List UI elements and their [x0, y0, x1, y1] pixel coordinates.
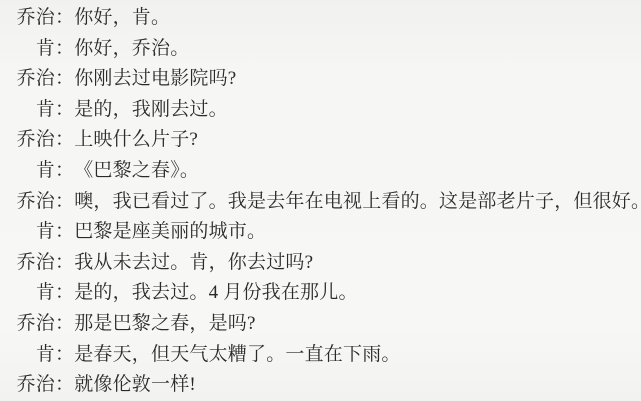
speaker-colon: ： [55, 309, 74, 340]
utterance-text: 噢，我已看过了。我是去年在电视上看的。这是部老片子，但很好。 [74, 187, 641, 218]
dialogue-line: 乔治：你刚去过电影院吗? [15, 64, 635, 95]
speaker-colon: ： [55, 3, 74, 34]
dialogue-line: 肯：是的，我去过。4 月份我在那儿。 [15, 278, 635, 309]
utterance-text: 我从未去过。肯，你去过吗? [74, 248, 313, 279]
speaker-colon: ： [55, 187, 74, 218]
speaker-name: 乔治 [15, 125, 55, 156]
dialogue-line: 乔治：那是巴黎之春，是吗? [15, 309, 635, 340]
dialogue-line: 乔治：我从未去过。肯，你去过吗? [15, 248, 635, 279]
speaker-name: 肯 [15, 217, 55, 248]
speaker-colon: ： [55, 156, 74, 187]
dialogue-line: 乔治：你好，肯。 [15, 3, 635, 34]
speaker-name: 乔治 [15, 248, 55, 279]
dialogue-line: 肯：是春天，但天气太糟了。一直在下雨。 [15, 340, 635, 371]
utterance-text: 巴黎是座美丽的城市。 [74, 217, 266, 248]
dialogue-line: 肯：巴黎是座美丽的城市。 [15, 217, 635, 248]
speaker-name: 肯 [15, 278, 55, 309]
speaker-colon: ： [55, 95, 74, 126]
utterance-text: 是的，我去过。4 月份我在那儿。 [74, 278, 357, 309]
speaker-colon: ： [55, 34, 74, 65]
utterance-text: 是春天，但天气太糟了。一直在下雨。 [74, 340, 400, 371]
utterance-text: 你好，乔治。 [74, 34, 189, 65]
speaker-name: 肯 [15, 95, 55, 126]
utterance-text: 你刚去过电影院吗? [74, 64, 236, 95]
dialogue-line: 乔治：就像伦敦一样! [15, 370, 635, 401]
speaker-name: 乔治 [15, 309, 55, 340]
speaker-name: 肯 [15, 340, 55, 371]
speaker-colon: ： [55, 64, 74, 95]
speaker-name: 肯 [15, 34, 55, 65]
dialogue-line: 乔治：噢，我已看过了。我是去年在电视上看的。这是部老片子，但很好。 [15, 187, 635, 218]
speaker-name: 肯 [15, 156, 55, 187]
speaker-colon: ： [55, 278, 74, 309]
utterance-text: 你好，肯。 [74, 3, 170, 34]
dialogue-line: 肯：《巴黎之春》。 [15, 156, 635, 187]
speaker-colon: ： [55, 125, 74, 156]
speaker-colon: ： [55, 340, 74, 371]
speaker-name: 乔治 [15, 3, 55, 34]
utterance-text: 那是巴黎之春，是吗? [74, 309, 255, 340]
dialogue-line: 肯：你好，乔治。 [15, 34, 635, 65]
utterance-text: 《巴黎之春》。 [74, 156, 199, 187]
speaker-name: 乔治 [15, 64, 55, 95]
utterance-text: 是的，我刚去过。 [74, 95, 228, 126]
document-page: 乔治：你好，肯。 肯：你好，乔治。 乔治：你刚去过电影院吗? 肯：是的，我刚去过… [0, 0, 641, 401]
utterance-text: 上映什么片子? [74, 125, 198, 156]
speaker-name: 乔治 [15, 187, 55, 218]
utterance-text: 就像伦敦一样! [74, 370, 196, 401]
speaker-colon: ： [55, 217, 74, 248]
speaker-colon: ： [55, 370, 74, 401]
dialogue-line: 肯：是的，我刚去过。 [15, 95, 635, 126]
dialogue-line: 乔治：上映什么片子? [15, 125, 635, 156]
speaker-name: 乔治 [15, 370, 55, 401]
speaker-colon: ： [55, 248, 74, 279]
